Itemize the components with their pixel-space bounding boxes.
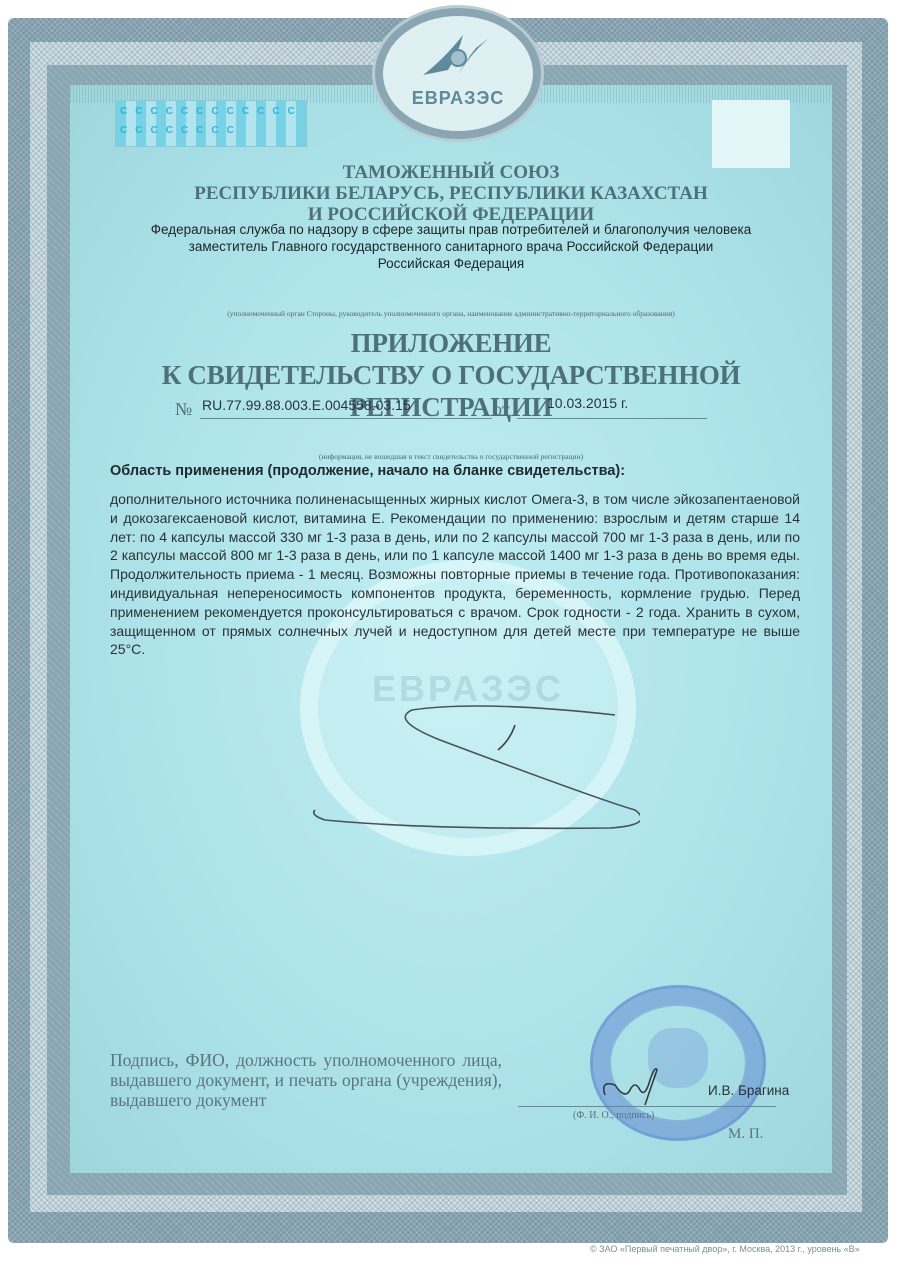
hologram-glyph: C xyxy=(196,106,203,117)
hologram-glyph: C xyxy=(150,125,157,136)
registration-note: (информация, не вошедшая в текст свидете… xyxy=(70,452,832,461)
union-heading: ТАМОЖЕННЫЙ СОЮЗ РЕСПУБЛИКИ БЕЛАРУСЬ, РЕС… xyxy=(70,162,832,225)
union-line: ТАМОЖЕННЫЙ СОЮЗ xyxy=(70,162,832,183)
date-label: от xyxy=(493,399,510,420)
hologram-glyph: C xyxy=(211,106,218,117)
hologram-glyph: C xyxy=(166,125,173,136)
hologram-glyph: C xyxy=(120,125,127,136)
registration-date: 10.03.2015 г. xyxy=(547,395,628,411)
hologram-glyph: C xyxy=(257,106,264,117)
signature-caption: (Ф. И. О., подпись) xyxy=(573,1110,654,1121)
registration-row: № RU.77.99.88.003.E.004558.03.15 от 10.0… xyxy=(175,397,735,419)
authority-line: заместитель Главного государственного са… xyxy=(70,238,832,255)
signature-underline xyxy=(518,1106,776,1107)
seal-mark: М. П. xyxy=(728,1126,763,1143)
printer-imprint: © ЗАО «Первый печатный двор», г. Москва,… xyxy=(590,1244,860,1254)
hologram-glyph: C xyxy=(242,106,249,117)
authority-block: Федеральная служба по надзору в сфере за… xyxy=(70,221,832,272)
hologram-glyph: C xyxy=(272,106,279,117)
date-underline xyxy=(517,418,707,419)
signature-scribble-icon xyxy=(595,1060,675,1110)
signatory-name: И.В. Брагина xyxy=(708,1083,789,1098)
hologram-glyph: C xyxy=(181,125,188,136)
hologram-glyph: C xyxy=(135,106,142,117)
application-text: дополнительного источника полиненасыщенн… xyxy=(110,490,800,659)
hologram-glyph: C xyxy=(211,125,218,136)
handwritten-signature-icon xyxy=(280,680,640,830)
signature-label: Подпись, ФИО, должность уполномоченного … xyxy=(110,1050,502,1110)
blank-patch xyxy=(712,100,790,168)
hologram-glyph: C xyxy=(288,106,295,117)
hologram-glyph: C xyxy=(196,125,203,136)
hologram-glyph: C xyxy=(150,106,157,117)
hologram-glyph: C xyxy=(181,106,188,117)
union-line: РЕСПУБЛИКИ БЕЛАРУСЬ, РЕСПУБЛИКИ КАЗАХСТА… xyxy=(70,183,832,204)
authority-note: (уполномоченный орган Стороны, руководит… xyxy=(70,309,832,318)
hologram-glyph: C xyxy=(120,106,127,117)
emblem-label: ЕВРАЗЭС xyxy=(383,88,533,109)
authority-line: Федеральная служба по надзору в сфере за… xyxy=(70,221,832,238)
title-line-1: ПРИЛОЖЕНИЕ xyxy=(70,327,832,359)
number-underline xyxy=(200,418,492,419)
hologram-glyph: C xyxy=(227,106,234,117)
eurasec-logo-icon xyxy=(418,30,498,80)
hologram-glyph: C xyxy=(166,106,173,117)
authority-line: Российская Федерация xyxy=(70,255,832,272)
section-title: Область применения (продолжение, начало … xyxy=(110,463,625,479)
number-label: № xyxy=(175,399,192,420)
eurasec-emblem: ЕВРАЗЭС xyxy=(375,8,541,139)
registration-number: RU.77.99.88.003.E.004558.03.15 xyxy=(202,397,411,413)
hologram-strip: CCCCCCCCCCCCCCCCCCCC xyxy=(115,100,307,147)
hologram-glyph: C xyxy=(227,125,234,136)
hologram-glyph: C xyxy=(135,125,142,136)
